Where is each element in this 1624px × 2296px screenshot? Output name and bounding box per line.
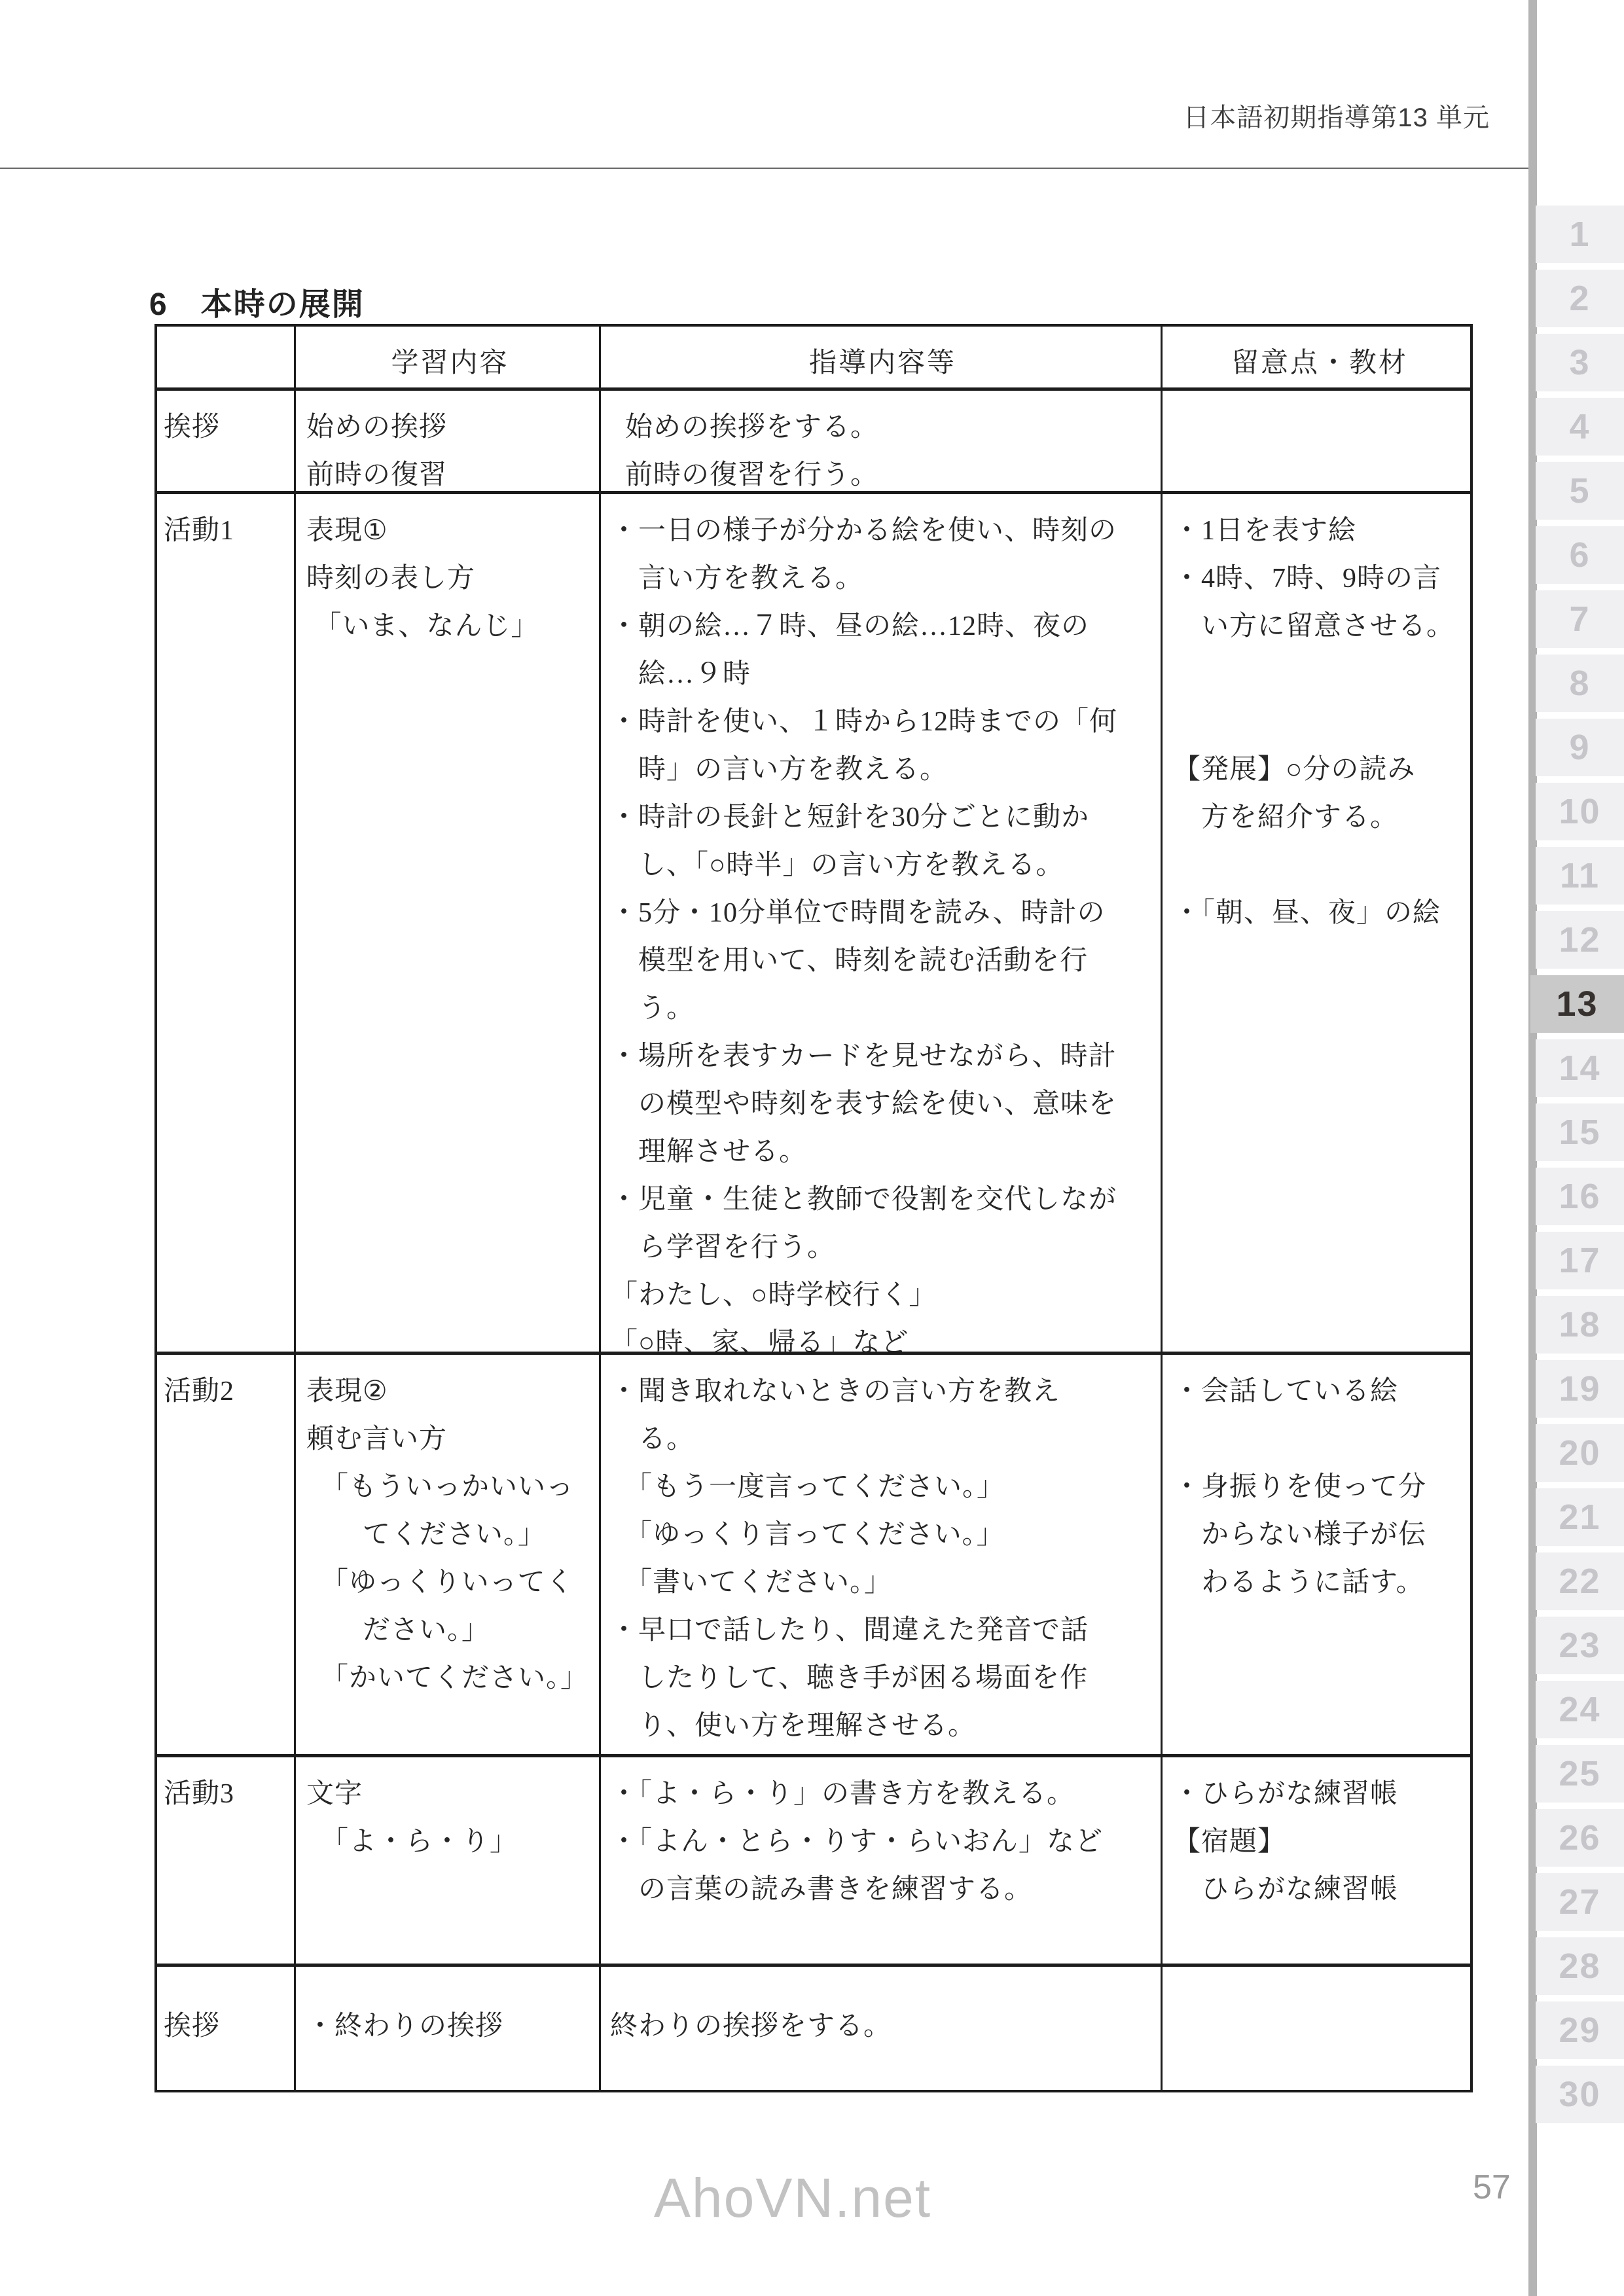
text-line: 【発展】○分の読み [1173,746,1466,794]
text-line: ・1日を表す絵 [1173,507,1466,555]
text-line: てください。」 [306,1511,594,1559]
text-line: 終わりの挨拶をする。 [610,2003,1155,2051]
text-line: ・5分・10分単位で時間を読み、時計の [610,889,1155,937]
text-line: 「かいてください。」 [306,1655,594,1702]
text-line: 絵…９時 [610,651,1155,698]
header-cell-notes-materials: 留意点・教材 [1161,327,1470,387]
notes-materials-cell [1161,1967,1470,2090]
lesson-table: 学習内容 指導内容等 留意点・教材 挨拶 始めの挨拶前時の復習 始めの挨拶をする… [154,324,1473,2092]
chapter-tab-8: 8 [1536,655,1624,712]
table-row-activity-2: 活動2 表現②頼む言い方 「もういっかいいっ てください。」 「ゆっくりいってく… [157,1352,1470,1754]
chapter-tab-14: 14 [1536,1039,1624,1097]
chapter-tab-23: 23 [1536,1617,1624,1674]
chapter-tab-6: 6 [1536,526,1624,584]
guidance-content-cell: ・「よ・ら・り」の書き方を教える。・「よん・とら・りす・らいおん」など の言葉の… [599,1757,1161,1964]
table-row-greeting-start: 挨拶 始めの挨拶前時の復習 始めの挨拶をする。 前時の復習を行う。 [157,387,1470,491]
guidance-content-cell: 終わりの挨拶をする。 [599,1967,1161,2090]
text-line: し、「○時半」の言い方を教える。 [610,842,1155,889]
learning-content-cell: 始めの挨拶前時の復習 [294,391,599,491]
text-line [1173,1416,1466,1463]
text-line: る。 [610,1416,1155,1463]
text-line: ださい。」 [306,1607,594,1655]
guidance-content-cell: ・聞き取れないときの言い方を教え る。 「もう一度言ってください。」 「ゆっくり… [599,1355,1161,1754]
text-line: 「ゆっくりいってく [306,1559,594,1607]
text-line: ・早口で話したり、間違えた発音で話 [610,1607,1155,1655]
text-line: ・「よん・とら・りす・らいおん」など [610,1818,1155,1866]
text-line: 「ゆっくり言ってください。」 [610,1511,1155,1559]
learning-content-cell: 表現②頼む言い方 「もういっかいいっ てください。」 「ゆっくりいってく ださい… [294,1355,599,1754]
text-line: 言い方を教える。 [610,555,1155,603]
text-line: の言葉の読み書きを練習する。 [610,1866,1155,1914]
text-line: ・「よ・ら・り」の書き方を教える。 [610,1770,1155,1818]
chapter-tab-1: 1 [1536,206,1624,263]
page-header-text: 日本語初期指導第13 単元 [1183,97,1490,134]
text-line: ・一日の様子が分かる絵を使い、時刻の [610,507,1155,555]
chapter-tab-21: 21 [1536,1488,1624,1546]
text-line: 「書いてください。」 [610,1559,1155,1607]
text-line: 「いま、なんじ」 [306,603,594,651]
row-label: 活動2 [157,1355,294,1754]
text-line: い方に留意させる。 [1173,603,1466,651]
text-line: ・児童・生徒と教師で役割を交代しなが [610,1176,1155,1224]
text-line: ・朝の絵…７時、昼の絵…12時、夜の [610,603,1155,651]
chapter-tab-15: 15 [1536,1103,1624,1161]
text-line: 「○時、家、帰る」など [610,1319,1155,1352]
text-line: わるように話す。 [1173,1559,1466,1607]
header-cell-blank [157,327,294,387]
chapter-tab-18: 18 [1536,1296,1624,1354]
row-label: 挨拶 [157,391,294,491]
text-line: 表現① [306,507,594,555]
text-line: 始めの挨拶 [306,404,594,452]
section-title: 6 本時の展開 [149,279,365,324]
text-line: 時刻の表し方 [306,555,594,603]
learning-content-cell: 表現①時刻の表し方 「いま、なんじ」 [294,494,599,1352]
text-line [1173,651,1466,698]
page-number: 57 [1473,2168,1511,2207]
text-line: う。 [610,985,1155,1033]
chapter-tab-27: 27 [1536,1873,1624,1931]
notes-materials-cell: ・会話している絵 ・身振りを使って分 からない様子が伝 わるように話す。 [1161,1355,1470,1754]
text-line: ・「朝、昼、夜」の絵 [1173,889,1466,937]
chapter-tab-7: 7 [1536,590,1624,648]
text-line: の模型や時刻を表す絵を使い、意味を [610,1081,1155,1128]
notes-materials-cell: ・ひらがな練習帳【宿題】 ひらがな練習帳 [1161,1757,1470,1964]
chapter-tab-2: 2 [1536,270,1624,327]
chapter-tab-19: 19 [1536,1360,1624,1418]
text-line: 方を紹介する。 [1173,794,1466,842]
chapter-tab-13-active: 13 [1530,975,1624,1033]
row-label: 活動3 [157,1757,294,1964]
text-line: ・会話している絵 [1173,1368,1466,1416]
chapter-tab-25: 25 [1536,1745,1624,1803]
text-line: ・時計を使い、１時から12時までの「何 [610,698,1155,746]
text-line: ・場所を表すカードを見せながら、時計 [610,1033,1155,1081]
learning-content-cell: ・終わりの挨拶 [294,1967,599,2090]
text-line: からない様子が伝 [1173,1511,1466,1559]
text-line: ・時計の長針と短針を30分ごとに動か [610,794,1155,842]
chapter-tab-16: 16 [1536,1168,1624,1225]
text-line: ら学習を行う。 [610,1224,1155,1272]
chapter-tab-17: 17 [1536,1232,1624,1289]
chapter-tab-rail: 1234567891011121314151617181920212223242… [1536,206,1624,2130]
text-line: 時」の言い方を教える。 [610,746,1155,794]
text-line: 頼む言い方 [306,1416,594,1463]
text-line: 「もういっかいいっ [306,1463,594,1511]
text-line: 「よ・ら・り」 [306,1818,594,1866]
text-line: 文字 [306,1770,594,1818]
chapter-tab-4: 4 [1536,398,1624,456]
table-row-activity-1: 活動1 表現①時刻の表し方 「いま、なんじ」 ・一日の様子が分かる絵を使い、時刻… [157,491,1470,1352]
header-cell-learning-content: 学習内容 [294,327,599,387]
text-line: ・4時、7時、9時の言 [1173,555,1466,603]
table-header-row: 学習内容 指導内容等 留意点・教材 [157,327,1470,387]
chapter-tab-26: 26 [1536,1809,1624,1867]
chapter-tab-11: 11 [1536,847,1624,905]
chapter-tab-10: 10 [1536,783,1624,840]
text-line: り、使い方を理解させる。 [610,1702,1155,1750]
text-line: 「わたし、○時学校行く」 [610,1272,1155,1319]
text-line: 模型を用いて、時刻を読む活動を行 [610,937,1155,985]
row-label: 活動1 [157,494,294,1352]
row-label: 挨拶 [157,1967,294,2090]
text-line: 【宿題】 [1173,1818,1466,1866]
chapter-tab-30: 30 [1536,2066,1624,2123]
watermark: AhoVN.net [654,2166,931,2230]
guidance-content-cell: ・一日の様子が分かる絵を使い、時刻の 言い方を教える。・朝の絵…７時、昼の絵…1… [599,494,1161,1352]
text-line: したりして、聴き手が困る場面を作 [610,1655,1155,1702]
text-line [1173,698,1466,746]
text-line: ・終わりの挨拶 [306,2003,594,2051]
learning-content-cell: 文字 「よ・ら・り」 [294,1757,599,1964]
text-line: 理解させる。 [610,1128,1155,1176]
notes-materials-cell: ・1日を表す絵・4時、7時、9時の言 い方に留意させる。 【発展】○分の読み 方… [1161,494,1470,1352]
chapter-tab-28: 28 [1536,1937,1624,1995]
chapter-tab-9: 9 [1536,719,1624,776]
chapter-tab-20: 20 [1536,1424,1624,1482]
header-cell-guidance-content: 指導内容等 [599,327,1161,387]
chapter-tab-29: 29 [1536,2001,1624,2059]
text-line: 前時の復習 [306,452,594,491]
chapter-tab-12: 12 [1536,911,1624,969]
guidance-content-cell: 始めの挨拶をする。 前時の復習を行う。 [599,391,1161,491]
header-rule [0,168,1528,169]
chapter-tab-3: 3 [1536,334,1624,391]
table-row-greeting-end: 挨拶 ・終わりの挨拶 終わりの挨拶をする。 [157,1964,1470,2090]
text-line [1173,842,1466,889]
text-line: ・ひらがな練習帳 [1173,1770,1466,1818]
text-line: 前時の復習を行う。 [610,452,1155,491]
text-line: 表現② [306,1368,594,1416]
table-row-activity-3: 活動3 文字 「よ・ら・り」 ・「よ・ら・り」の書き方を教える。・「よん・とら・… [157,1754,1470,1964]
notes-materials-cell [1161,391,1470,491]
text-line: 「もう一度言ってください。」 [610,1463,1155,1511]
text-line: ひらがな練習帳 [1173,1866,1466,1914]
chapter-tab-5: 5 [1536,462,1624,520]
chapter-tab-22: 22 [1536,1552,1624,1610]
chapter-tab-24: 24 [1536,1681,1624,1738]
text-line: 始めの挨拶をする。 [610,404,1155,452]
text-line: ・身振りを使って分 [1173,1463,1466,1511]
text-line: ・聞き取れないときの言い方を教え [610,1368,1155,1416]
